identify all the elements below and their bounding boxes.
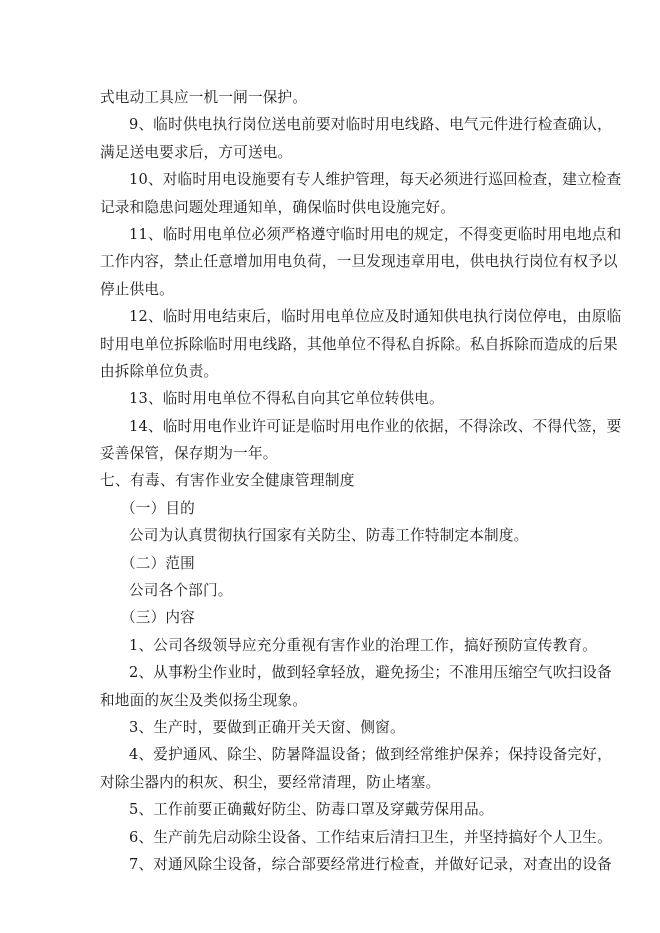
text-line: 妥善保管，保存期为一年。 [100, 440, 564, 467]
list-item-12: 12、临时用电结束后，临时用电单位应及时通知供电执行岗位停电，由原临 [100, 303, 564, 330]
list-item-6: 6、生产前先启动除尘设备、工作结束后清扫卫生，并坚持搞好个人卫生。 [100, 824, 564, 851]
text-line: 时用电单位拆除临时用电线路，其他单位不得私自拆除。私自拆除而造成的后果 [100, 331, 564, 358]
list-item-10: 10、对临时用电设施要有专人维护管理，每天必须进行巡回检查，建立检查 [100, 166, 564, 193]
section-heading: 七、有毒、有害作业安全健康管理制度 [100, 467, 564, 494]
list-item-7: 7、对通风除尘设备，综合部要经常进行检查，并做好记录，对查出的设备 [100, 851, 564, 878]
list-item-14: 14、临时用电作业许可证是临时用电作业的依据，不得涂改、不得代签，要 [100, 413, 564, 440]
list-item-1: 1、公司各级领导应充分重视有害作业的治理工作，搞好预防宣传教育。 [100, 632, 564, 659]
subsection-heading-scope: （二）范围 [100, 550, 564, 577]
list-item-13: 13、临时用电单位不得私自向其它单位转供电。 [100, 385, 564, 412]
list-item-5: 5、工作前要正确戴好防尘、防毒口罩及穿戴劳保用品。 [100, 796, 564, 823]
list-item-9: 9、临时供电执行岗位送电前要对临时用电线路、电气元件进行检查确认， [100, 111, 564, 138]
text-line: 记录和隐患问题处理通知单，确保临时供电设施完好。 [100, 194, 564, 221]
paragraph-scope: 公司各个部门。 [100, 577, 564, 604]
subsection-heading-purpose: （一）目的 [100, 495, 564, 522]
text-line: 停止供电。 [100, 276, 564, 303]
text-line: 和地面的灰尘及类似扬尘现象。 [100, 687, 564, 714]
subsection-heading-content: （三）内容 [100, 604, 564, 631]
text-line: 工作内容，禁止任意增加用电负荷，一旦发现违章用电，供电执行岗位有权予以 [100, 248, 564, 275]
text-line: 满足送电要求后，方可送电。 [100, 139, 564, 166]
text-line: 由拆除单位负责。 [100, 358, 564, 385]
list-item-4: 4、爱护通风、除尘、防暑降温设备；做到经常维护保养；保持设备完好， [100, 741, 564, 768]
list-item-3: 3、生产时，要做到正确开关天窗、侧窗。 [100, 714, 564, 741]
list-item-11: 11、临时用电单位必须严格遵守临时用电的规定，不得变更临时用电地点和 [100, 221, 564, 248]
list-item-2: 2、从事粉尘作业时，做到轻拿轻放，避免扬尘；不准用压缩空气吹扫设备 [100, 659, 564, 686]
paragraph-purpose: 公司为认真贯彻执行国家有关防尘、防毒工作特制定本制度。 [100, 522, 564, 549]
text-line: 式电动工具应一机一闸一保护。 [100, 84, 564, 111]
document-page: 式电动工具应一机一闸一保护。 9、临时供电执行岗位送电前要对临时用电线路、电气元… [100, 84, 564, 878]
text-line: 对除尘器内的积灰、积尘，要经常清理，防止堵塞。 [100, 769, 564, 796]
